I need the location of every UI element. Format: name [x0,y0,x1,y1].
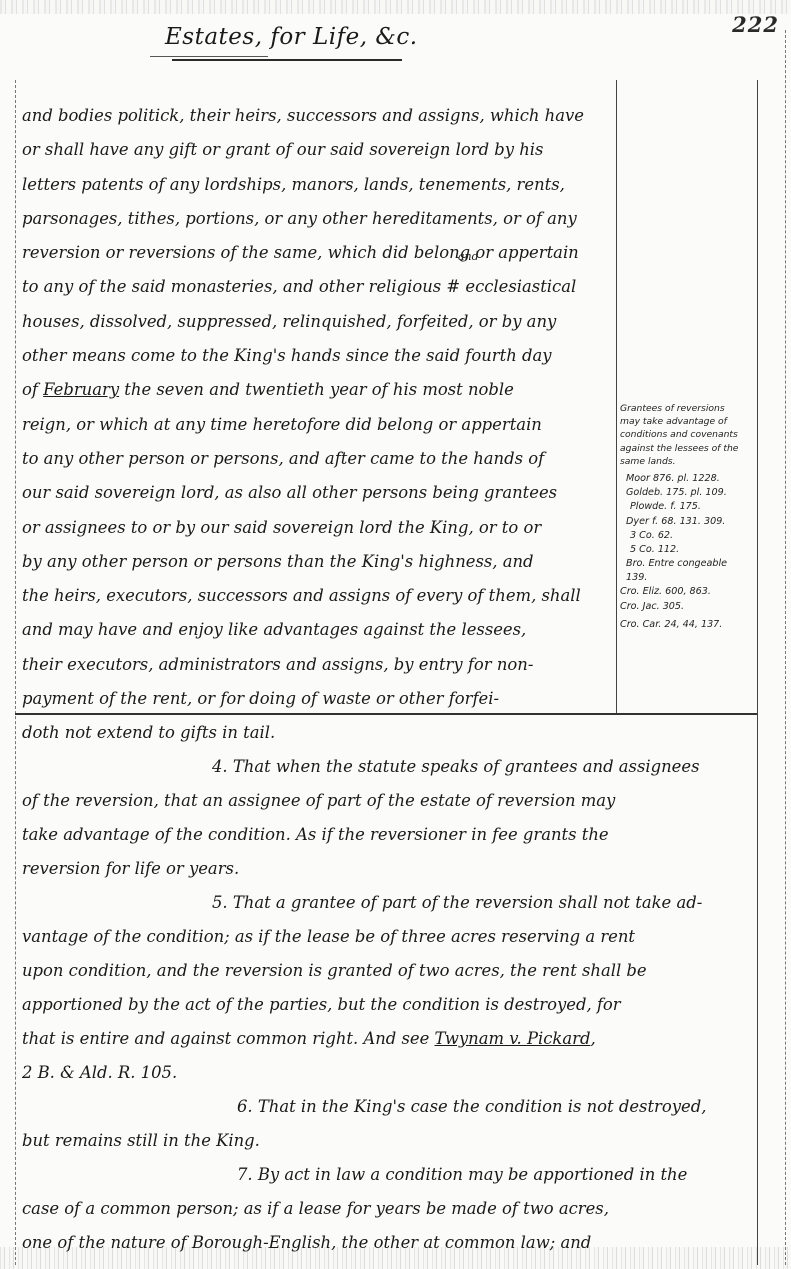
text-line-february: of February the seven and twentieth year… [22,373,612,407]
text-line: other means come to the King's hands sin… [22,339,612,373]
text-line: our said sovereign lord, as also all oth… [22,476,612,510]
text-fragment: that is entire and against common right.… [22,1029,435,1048]
text-line: one of the nature of Borough-English, th… [22,1226,782,1260]
text-line: or shall have any gift or grant of our s… [22,133,612,167]
lower-text-block: doth not extend to gifts in tail. 4. Tha… [22,716,782,1260]
title-underline-thin [150,56,268,57]
citation: Moor 876. pl. 1228. [620,472,755,486]
text-line: and may have and enjoy like advantages a… [22,613,612,647]
rule-4-start: 4. That when the statute speaks of grant… [22,750,782,784]
text-line: houses, dissolved, suppressed, relinquis… [22,305,612,339]
text-line: the heirs, executors, successors and ass… [22,579,612,613]
citation: 139. [620,571,755,585]
text-line: of the reversion, that an assignee of pa… [22,784,782,818]
text-line: reign, or which at any time heretofore d… [22,408,612,442]
text-line: vantage of the condition; as if the leas… [22,920,782,954]
text-line: but remains still in the King. [22,1124,782,1158]
page-edge-rule [785,30,786,1265]
reporter-citation: 2 B. & Ald. R. 105. [22,1056,782,1090]
margin-heading-line: Grantees of reversions [620,402,755,415]
rule-6-start: 6. That in the King's case the condition… [22,1090,782,1124]
left-margin-rule [15,80,16,1265]
text-line: to any of the said monasteries, and othe… [22,270,612,304]
margin-heading-line: same lands. [620,455,755,468]
citation: Cro. Car. 24, 44, 137. [620,618,755,632]
text-line: their executors, administrators and assi… [22,648,612,682]
citation: Plowde. f. 175. [620,500,755,514]
text-margin-divider [616,80,617,713]
text-line: apportioned by the act of the parties, b… [22,988,782,1022]
citation: Cro. Jac. 305. [620,600,755,614]
citation: Goldeb. 175. pl. 109. [620,486,755,500]
text-line-case-cite: that is entire and against common right.… [22,1022,782,1056]
text-line: and bodies politick, their heirs, succes… [22,99,612,133]
manuscript-page: 222 Estates, for Life, &c. and bodies po… [0,0,791,1269]
page-number: 222 [732,12,779,37]
margin-heading-line: conditions and covenants [620,428,755,441]
rule-5-start: 5. That a grantee of part of the reversi… [22,886,782,920]
text-line: doth not extend to gifts in tail. [22,716,782,750]
text-line: take advantage of the condition. As if t… [22,818,782,852]
upper-text-block: and bodies politick, their heirs, succes… [22,99,612,716]
citation: 3 Co. 62. [620,529,755,543]
scan-noise-top [0,0,791,14]
text-line: letters patents of any lordships, manors… [22,168,612,202]
text-line: reversion for life or years. [22,852,782,886]
text-line: to any other person or persons, and afte… [22,442,612,476]
citation: Bro. Entre congeable [620,557,755,571]
text-line: by any other person or persons than the … [22,545,612,579]
marginal-note: Grantees of reversions may take advantag… [620,402,755,632]
text-fragment: , [590,1029,595,1048]
citation: 5 Co. 112. [620,543,755,557]
text-line: case of a common person; as if a lease f… [22,1192,782,1226]
text-line: upon condition, and the reversion is gra… [22,954,782,988]
citation: Cro. Eliz. 600, 863. [620,585,755,599]
text-line: payment of the rent, or for doing of was… [22,682,612,716]
margin-heading-line: against the lessees of the [620,442,755,455]
running-title: Estates, for Life, &c. [165,24,418,50]
case-name: Twynam v. Pickard [435,1029,591,1048]
citation: Dyer f. 68. 131. 309. [620,515,755,529]
text-line: reversion or reversions of the same, whi… [22,236,612,270]
underlined-word: February [43,380,119,399]
title-underline-thick [172,59,402,61]
text-line: parsonages, tithes, portions, or any oth… [22,202,612,236]
margin-heading-line: may take advantage of [620,415,755,428]
text-line: or assignees to or by our said sovereign… [22,511,612,545]
interlinear-insertion: and [458,250,479,263]
rule-7-start: 7. By act in law a condition may be appo… [22,1158,782,1192]
